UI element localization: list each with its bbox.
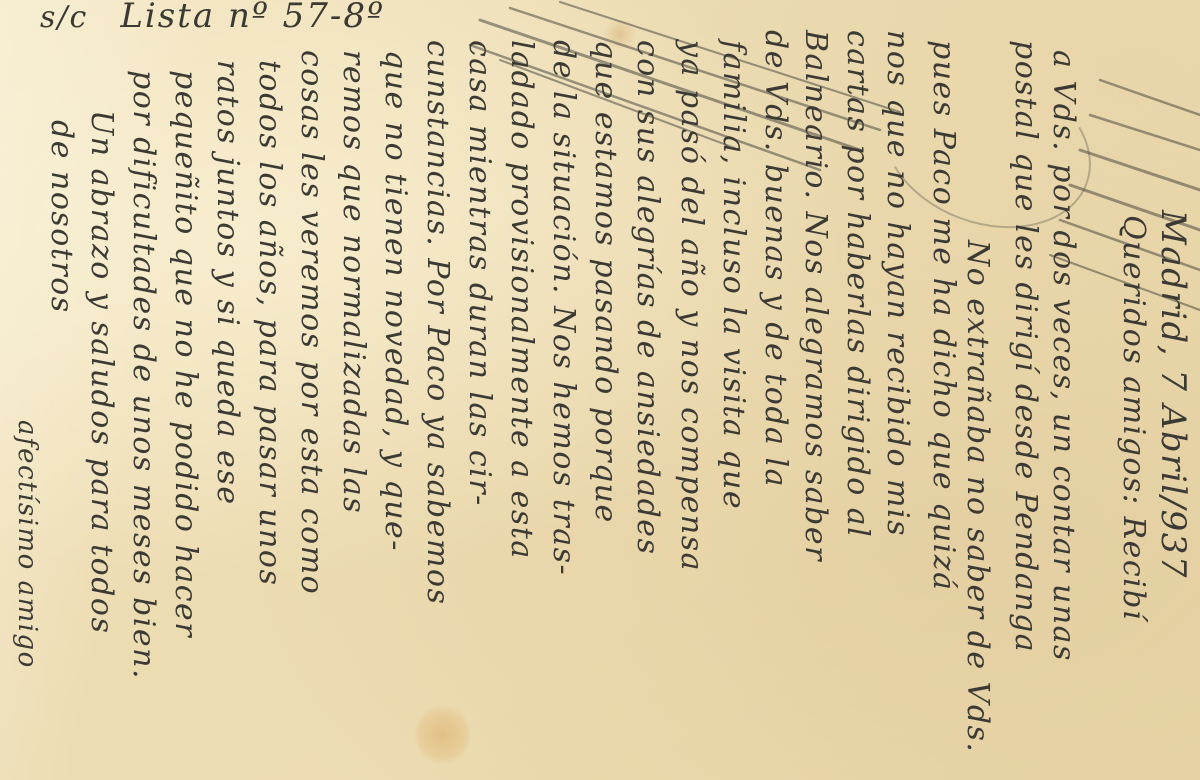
letter-line: pequeñito que no he podido hacer — [170, 70, 200, 638]
list-header: s/cLista nº 57-8º — [40, 0, 385, 36]
letter-line: con sus alegrías de ansiedades — [632, 40, 662, 555]
letter-line: postal que les dirigí desde Pendanga — [1010, 40, 1040, 653]
letter-line: de nosotros — [46, 120, 76, 314]
letter-line: Queridos amigos: Recibí — [1118, 215, 1148, 621]
letter-line: pues Paco me ha dicho que quizá — [928, 40, 958, 591]
letter-line: cartas por haberlas dirigido al — [842, 30, 872, 538]
letter-line: No extrañaba no saber de Vds. — [962, 240, 992, 753]
letter-closing: afectísimo amigo — [14, 420, 40, 669]
letter-line: por dificultades de unos meses bien. — [128, 70, 158, 680]
place-date: Madrid, 7 Abril/937 — [1156, 210, 1190, 579]
letter-line: Balneario. Nos alegramos saber — [800, 30, 830, 562]
postcard: s/cLista nº 57-8º Madrid, 7 Abril/937 Qu… — [0, 0, 1200, 780]
letter-line: de la situación. Nos hemos tras- — [548, 40, 578, 576]
letter-line: ratos juntos y si queda ese — [212, 60, 242, 506]
letter-line: casa mientras duran las cir- — [464, 40, 494, 507]
letter-line: cosas les veremos por esta como — [296, 50, 326, 595]
letter-line: familia, incluso la visita que — [718, 40, 748, 510]
letter-line: todos los años, para pasar unos — [254, 60, 284, 586]
letter-line: ladado provisionalmente a esta — [506, 40, 536, 560]
letter-line: de Vds. buenas y de toda la — [760, 30, 790, 488]
water-stain — [415, 705, 470, 765]
letter-line: a Vds. por dos veces, un contar unas — [1048, 50, 1078, 662]
letter-line: remos que normalizadas las — [338, 50, 368, 514]
letter-line: que estamos pasando porque — [590, 40, 620, 524]
header-prefix: s/c — [40, 0, 88, 35]
letter-line: ya pasó del año y nos compensa — [676, 40, 706, 572]
letter-line: que no tienen novedad, y que- — [380, 50, 410, 552]
letter-line: nos que no hayan recibido mis — [882, 30, 912, 537]
header-label: Lista nº 57-8º — [120, 0, 385, 36]
letter-line: cunstancias. Por Paco ya sabemos — [422, 40, 452, 605]
letter-line: Un abrazo y saludos para todos — [86, 110, 116, 634]
